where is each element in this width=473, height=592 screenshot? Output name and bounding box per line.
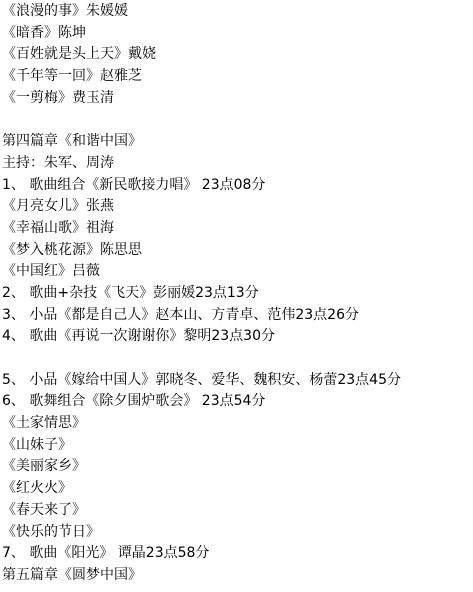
song-title-line: 《红火火》: [2, 478, 473, 500]
song-credit-line: 《千年等一回》赵雅芝: [2, 66, 473, 88]
blank-line: [2, 348, 473, 370]
program-item-line: 5、 小品《嫁给中国人》郭晓冬、爱华、魏积安、杨蕾23点45分: [2, 370, 473, 392]
song-title-line: 《土家情思》: [2, 413, 473, 435]
program-item-line: 7、 歌曲《阳光》 谭晶23点58分: [2, 543, 473, 565]
song-title-line: 《春天来了》: [2, 500, 473, 522]
song-credit-line: 《梦入桃花源》陈思思: [2, 240, 473, 262]
program-schedule-page: 《浪漫的事》朱媛媛 《暗香》陈坤 《百姓就是头上天》戴娆 《千年等一回》赵雅芝 …: [0, 0, 473, 592]
song-credit-line: 《浪漫的事》朱媛媛: [2, 1, 473, 23]
program-item-line: 2、 歌曲+杂技《飞天》彭丽媛23点13分: [2, 283, 473, 305]
song-title-line: 《美丽家乡》: [2, 456, 473, 478]
program-item-line: 3、 小品《都是自己人》赵本山、方青卓、范伟23点26分: [2, 305, 473, 327]
program-item-line: 4、 歌曲《再说一次谢谢你》黎明23点30分: [2, 326, 473, 348]
song-credit-line: 《一剪梅》费玉清: [2, 88, 473, 110]
song-credit-line: 《中国红》吕薇: [2, 261, 473, 283]
song-credit-line: 《百姓就是头上天》戴娆: [2, 44, 473, 66]
program-item-line: 6、 歌舞组合《除夕围炉歌会》 23点54分: [2, 391, 473, 413]
chapter-heading: 第四篇章《和谐中国》: [2, 131, 473, 153]
hosts-line: 主持：朱军、周涛: [2, 153, 473, 175]
song-credit-line: 《月亮女儿》张燕: [2, 196, 473, 218]
song-credit-line: 《幸福山歌》祖海: [2, 218, 473, 240]
program-item-line: 1、 歌曲组合《新民歌接力唱》 23点08分: [2, 175, 473, 197]
song-credit-line: 《暗香》陈坤: [2, 23, 473, 45]
blank-line: [2, 109, 473, 131]
song-title-line: 《山妹子》: [2, 435, 473, 457]
chapter-heading: 第五篇章《圆梦中国》: [2, 565, 473, 587]
song-title-line: 《快乐的节日》: [2, 522, 473, 544]
